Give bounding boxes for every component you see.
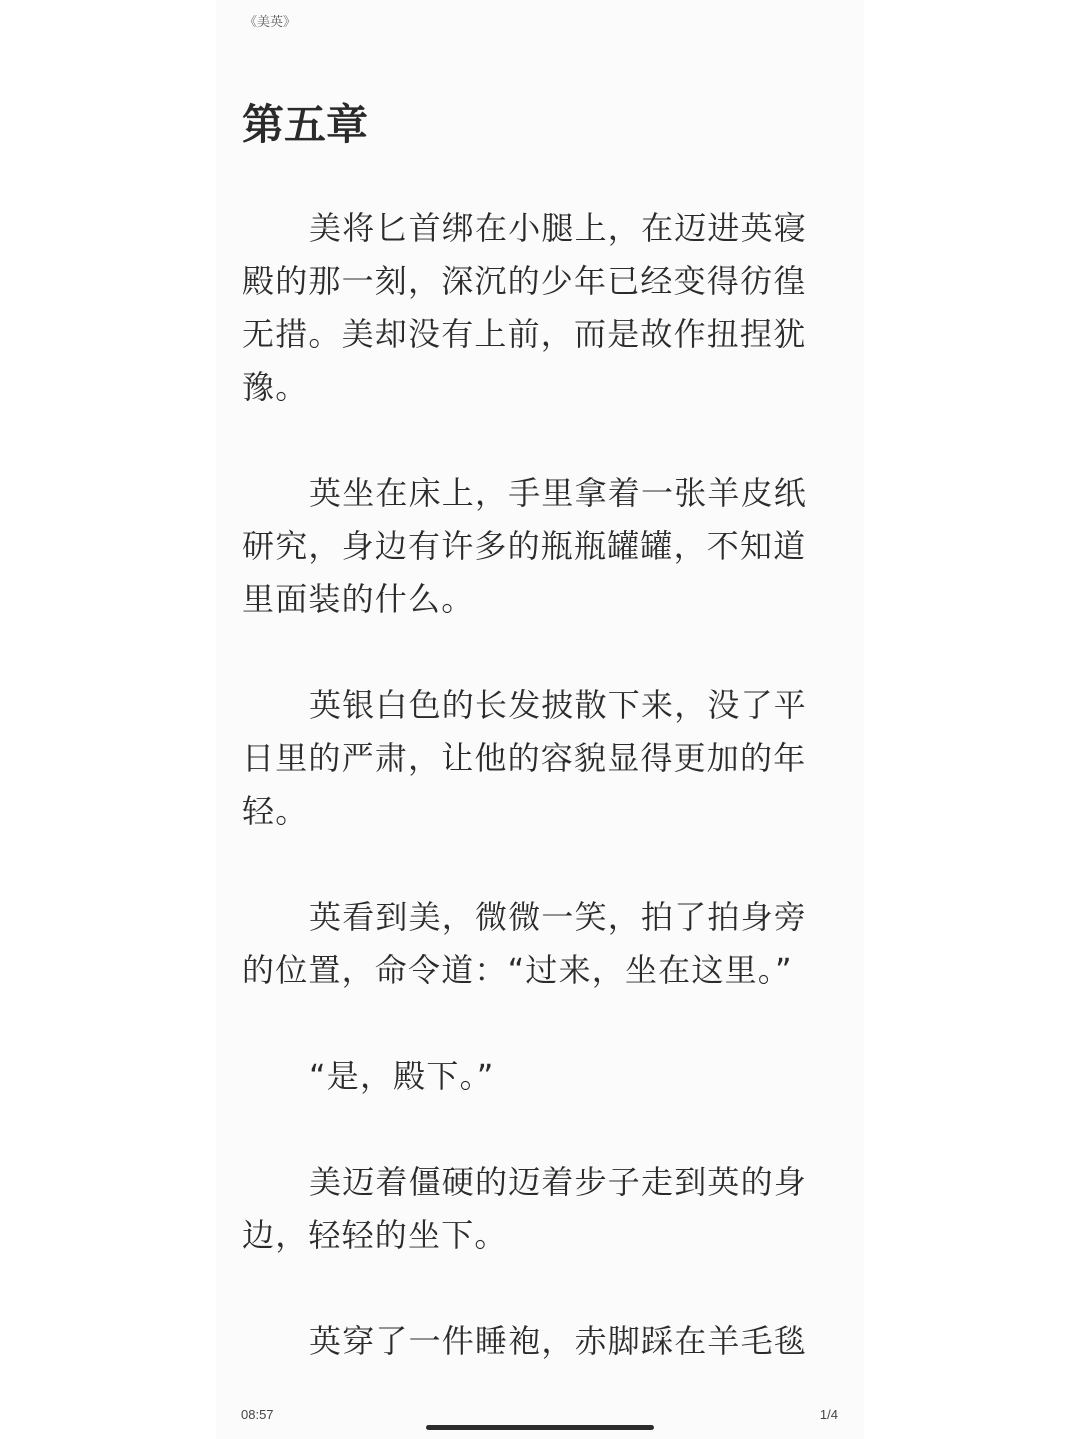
page-indicator: 1/4 (820, 1407, 838, 1423)
text-line: 英银白色的长发披散下来，没了平 (242, 679, 822, 732)
text-line: 里面装的什么。 (242, 573, 822, 626)
paragraph: 英穿了一件睡袍，赤脚踩在羊毛毯 (242, 1315, 822, 1368)
text-line: “是，殿下。” (242, 1050, 822, 1103)
chapter-body: 美将匕首绑在小腿上，在迈进英寝 殿的那一刻，深沉的少年已经变得彷徨 无措。美却没… (242, 202, 822, 1421)
text-line: 英坐在床上，手里拿着一张羊皮纸 (242, 467, 822, 520)
paragraph: “是，殿下。” (242, 1050, 822, 1103)
text-line: 日里的严肃，让他的容貌显得更加的年 (242, 732, 822, 785)
text-line: 轻。 (242, 785, 822, 838)
text-line: 英穿了一件睡袍，赤脚踩在羊毛毯 (242, 1315, 822, 1368)
paragraph: 英看到美，微微一笑，拍了拍身旁 的位置，命令道：“过来，坐在这里。” (242, 891, 822, 997)
text-line: 的位置，命令道：“过来，坐在这里。” (242, 944, 822, 997)
book-title: 《美英》 (244, 14, 296, 32)
text-line: 美迈着僵硬的迈着步子走到英的身 (242, 1156, 822, 1209)
text-line: 边，轻轻的坐下。 (242, 1209, 822, 1262)
paragraph: 美将匕首绑在小腿上，在迈进英寝 殿的那一刻，深沉的少年已经变得彷徨 无措。美却没… (242, 202, 822, 414)
text-line: 豫。 (242, 361, 822, 414)
chapter-title: 第五章 (242, 100, 368, 150)
paragraph: 英银白色的长发披散下来，没了平 日里的严肃，让他的容貌显得更加的年 轻。 (242, 679, 822, 838)
text-line: 美将匕首绑在小腿上，在迈进英寝 (242, 202, 822, 255)
text-line: 研究，身边有许多的瓶瓶罐罐，不知道 (242, 520, 822, 573)
home-indicator-bar[interactable] (426, 1425, 654, 1430)
text-line: 无措。美却没有上前，而是故作扭捏犹 (242, 308, 822, 361)
paragraph: 美迈着僵硬的迈着步子走到英的身 边，轻轻的坐下。 (242, 1156, 822, 1262)
clock-time: 08:57 (241, 1407, 274, 1423)
text-line: 英看到美，微微一笑，拍了拍身旁 (242, 891, 822, 944)
reader-page[interactable]: 《美英》 第五章 美将匕首绑在小腿上，在迈进英寝 殿的那一刻，深沉的少年已经变得… (216, 0, 864, 1439)
text-line: 殿的那一刻，深沉的少年已经变得彷徨 (242, 255, 822, 308)
paragraph: 英坐在床上，手里拿着一张羊皮纸 研究，身边有许多的瓶瓶罐罐，不知道 里面装的什么… (242, 467, 822, 626)
